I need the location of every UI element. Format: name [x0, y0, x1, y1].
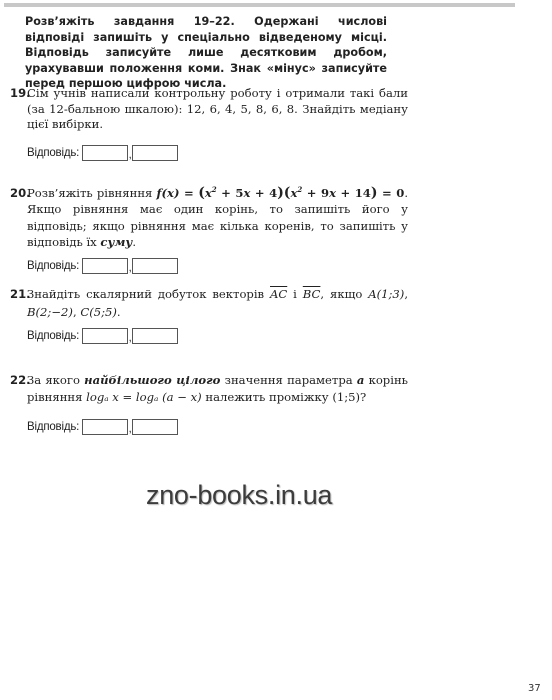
point-c: C(5;5)	[80, 305, 117, 319]
point-a: A(1;3)	[368, 287, 404, 301]
answer-integer-input[interactable]	[82, 145, 128, 161]
vector-bc: BC	[303, 287, 321, 301]
instructions: Розв’яжіть завдання 19–22. Одержані числ…	[25, 14, 387, 92]
task-number: 21.	[10, 285, 27, 303]
task-21: 21.Знайдіть скалярний добуток векторів A…	[10, 285, 408, 345]
answer-row: Відповідь: ,	[27, 144, 408, 162]
task-text: Сім учнів написали контрольну роботу і о…	[27, 86, 408, 131]
answer-fraction-input[interactable]	[132, 258, 178, 274]
task-number: 20.	[10, 185, 27, 202]
answer-integer-input[interactable]	[82, 258, 128, 274]
vector-ac: AC	[270, 287, 287, 301]
emphasis-largest-integer: найбільшого цілого	[84, 373, 220, 387]
answer-fraction-input[interactable]	[132, 328, 178, 344]
top-rule	[4, 3, 515, 7]
task-19: 19.Сім учнів написали контрольну роботу …	[10, 86, 408, 162]
page-number: 37	[528, 683, 541, 694]
answer-integer-input[interactable]	[82, 419, 128, 435]
answer-label: Відповідь:	[27, 330, 79, 342]
answer-row: Відповідь: ,	[27, 257, 408, 275]
equation: f(x) = (x2 + 5x + 4)(x2 + 9x + 14) = 0	[157, 186, 405, 200]
answer-fraction-input[interactable]	[132, 145, 178, 161]
emphasis-sum: суму	[100, 235, 132, 249]
answer-row: Відповідь: ,	[27, 418, 408, 436]
point-b: B(2;−2)	[27, 305, 73, 319]
task-number: 19.	[10, 86, 27, 102]
answer-label: Відповідь:	[27, 421, 79, 433]
watermark: zno-books.in.ua	[146, 480, 332, 511]
log-equation: logₐ x = logₐ (a − x)	[86, 390, 202, 404]
answer-integer-input[interactable]	[82, 328, 128, 344]
answer-label: Відповідь:	[27, 260, 79, 272]
task-20: 20.Розв’яжіть рівняння f(x) = (x2 + 5x +…	[10, 182, 408, 275]
interval: (1;5)	[332, 390, 360, 404]
answer-row: Відповідь: ,	[27, 327, 408, 345]
answer-fraction-input[interactable]	[132, 419, 178, 435]
answer-label: Відповідь:	[27, 147, 79, 159]
task-number: 22.	[10, 372, 27, 389]
task-22: 22.За якого найбільшого цілого значення …	[10, 372, 408, 436]
